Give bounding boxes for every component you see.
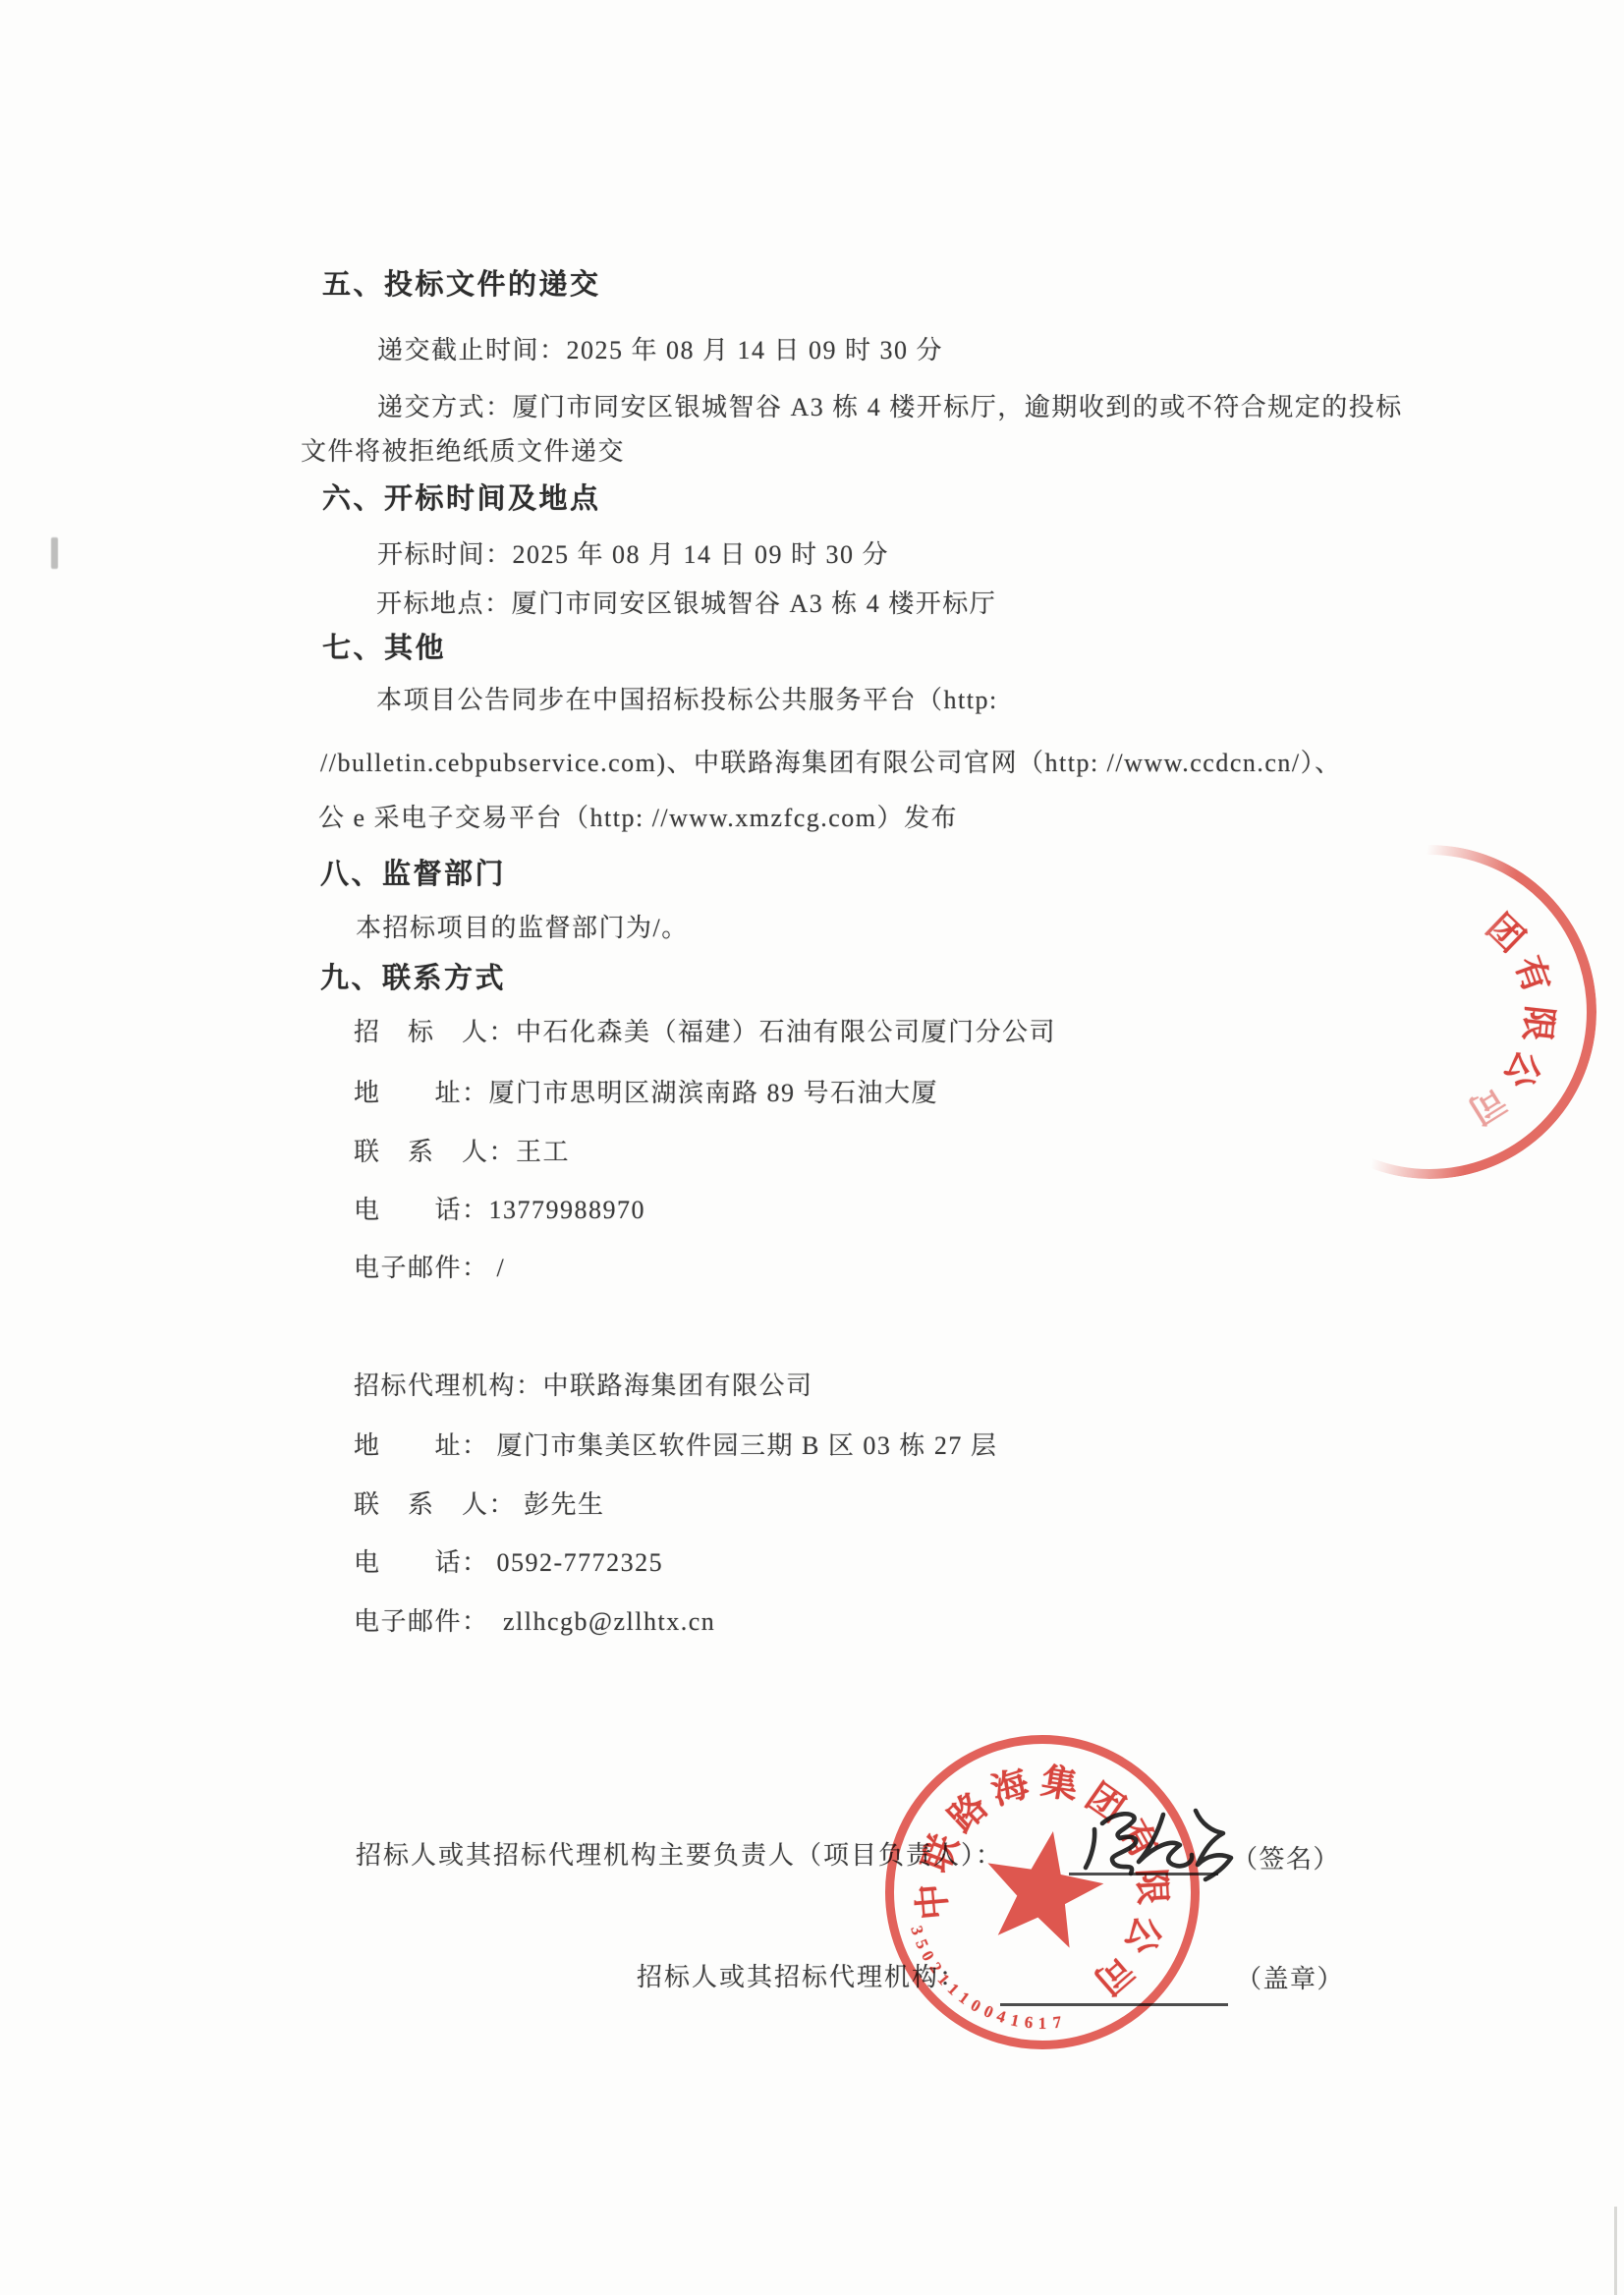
section-6-line-2: 开标地点：厦门市同安区银城智谷 A3 栋 4 楼开标厅	[376, 588, 996, 621]
section-5-line-2: 递交方式：厦门市同安区银城智谷 A3 栋 4 楼开标厅，逾期收到的或不符合规定的…	[377, 391, 1403, 424]
section-5-heading: 五、投标文件的递交	[322, 267, 601, 303]
field-value: 13779988970	[489, 1196, 646, 1224]
field-value: 0592-7772325	[489, 1548, 664, 1577]
seal-character: 3	[906, 1924, 927, 1937]
seal-character: 团	[1478, 901, 1538, 962]
section-8-line-1: 本招标项目的监督部门为/。	[356, 912, 689, 945]
field-value: /	[489, 1254, 506, 1282]
section-9-heading: 九、联系方式	[320, 961, 506, 996]
seal-character: 1	[1038, 2014, 1047, 2034]
section-5-line-3: 文件将被拒绝纸质文件递交	[301, 435, 625, 469]
signature-line2-label: 招标人或其招标代理机构：	[637, 1961, 967, 1994]
agency-row-address: 地 址： 厦门市集美区软件园三期 B 区 03 栋 27 层	[354, 1429, 997, 1463]
seal-character: 有	[1505, 948, 1564, 998]
agency-row-contact: 联 系 人： 彭先生	[354, 1488, 605, 1522]
section-7-line-2: //bulletin.cebpubservice.com)、中联路海集团有限公司…	[320, 747, 1342, 780]
signature-line2-suffix: （盖章）	[1236, 1963, 1344, 1996]
section-7-heading: 七、其他	[322, 631, 446, 666]
signature-line1-label: 招标人或其招标代理机构主要负责人（项目负责人）：	[356, 1839, 1003, 1873]
tenderer-row-address: 地 址：厦门市思明区湖滨南路 89 号石油大厦	[354, 1077, 938, 1110]
section-8-heading: 八、监督部门	[320, 857, 506, 892]
field-label: 电子邮件：	[354, 1254, 489, 1282]
section-7-line-1: 本项目公告同步在中国招标投标公共服务平台（http:	[376, 684, 998, 717]
scan-artifact-dash	[51, 537, 58, 569]
seal-character: 1	[1009, 2010, 1021, 2031]
seal-character: 5	[911, 1936, 932, 1952]
tenderer-row-email: 电子邮件： /	[354, 1252, 505, 1285]
field-label: 地 址：	[354, 1079, 489, 1107]
seal-character: 公	[1115, 1909, 1178, 1963]
field-label: 招 标 人：	[354, 1018, 516, 1046]
field-value: zllhcgb@zllhtx.cn	[476, 1607, 716, 1636]
section-6-heading: 六、开标时间及地点	[322, 481, 601, 517]
field-value: 王工	[516, 1138, 570, 1166]
field-label: 联 系 人：	[354, 1138, 516, 1166]
field-label: 招标代理机构：	[354, 1371, 543, 1400]
field-label: 联 系 人：	[354, 1490, 516, 1519]
field-label: 电 话：	[354, 1196, 489, 1224]
tenderer-row-contact: 联 系 人：王工	[354, 1136, 570, 1169]
scan-artifact-edge-line	[1614, 2207, 1617, 2295]
seal-character: 海	[984, 1754, 1035, 1815]
seal-character: 4	[994, 2007, 1008, 2029]
agency-row-email: 电子邮件： zllhcgb@zllhtx.cn	[354, 1605, 715, 1639]
tenderer-row-phone: 电 话：13779988970	[354, 1194, 645, 1227]
seal-character: 公	[1494, 1043, 1555, 1100]
seal-character: 0	[980, 2001, 996, 2023]
field-value: 彭先生	[516, 1490, 605, 1519]
field-label: 地 址：	[354, 1431, 489, 1460]
field-value: 厦门市思明区湖滨南路 89 号石油大厦	[489, 1079, 939, 1107]
seal-character: 6	[1024, 2013, 1035, 2034]
seal-character: 限	[1514, 1003, 1567, 1043]
section-6-line-1: 开标时间：2025 年 08 月 14 日 09 时 30 分	[377, 538, 889, 572]
company-seal-stamp: 中联路海集团有限公司 35021110041617	[885, 1735, 1200, 2049]
seal-character: 0	[968, 1995, 984, 2017]
section-7-line-3: 公 e 采电子交易平台（http: //www.xmzfcg.com）发布	[318, 802, 958, 835]
seal-character: 中	[902, 1881, 958, 1923]
field-label: 电子邮件：	[354, 1607, 476, 1636]
partial-seal-stamp: 团有限公司	[1262, 845, 1596, 1179]
seal-underline	[1000, 2003, 1228, 2006]
seal-character: 7	[1051, 2013, 1062, 2034]
document-page: 五、投标文件的递交 递交截止时间：2025 年 08 月 14 日 09 时 3…	[0, 0, 1624, 2295]
seal-character: 司	[1461, 1077, 1518, 1138]
seal-character: 司	[1086, 1945, 1148, 2009]
field-value: 厦门市集美区软件园三期 B 区 03 栋 27 层	[489, 1431, 998, 1460]
seal-character: 路	[934, 1778, 997, 1842]
field-value: 中联路海集团有限公司	[543, 1371, 813, 1400]
agency-row-name: 招标代理机构：中联路海集团有限公司	[354, 1370, 813, 1403]
agency-row-phone: 电 话： 0592-7772325	[354, 1546, 663, 1580]
tenderer-row-name: 招 标 人：中石化森美（福建）石油有限公司厦门分公司	[354, 1016, 1056, 1049]
field-label: 电 话：	[354, 1548, 489, 1577]
handwritten-signature	[1069, 1796, 1256, 1890]
field-value: 中石化森美（福建）石油有限公司厦门分公司	[516, 1018, 1056, 1046]
section-5-line-1: 递交截止时间：2025 年 08 月 14 日 09 时 30 分	[377, 334, 943, 367]
